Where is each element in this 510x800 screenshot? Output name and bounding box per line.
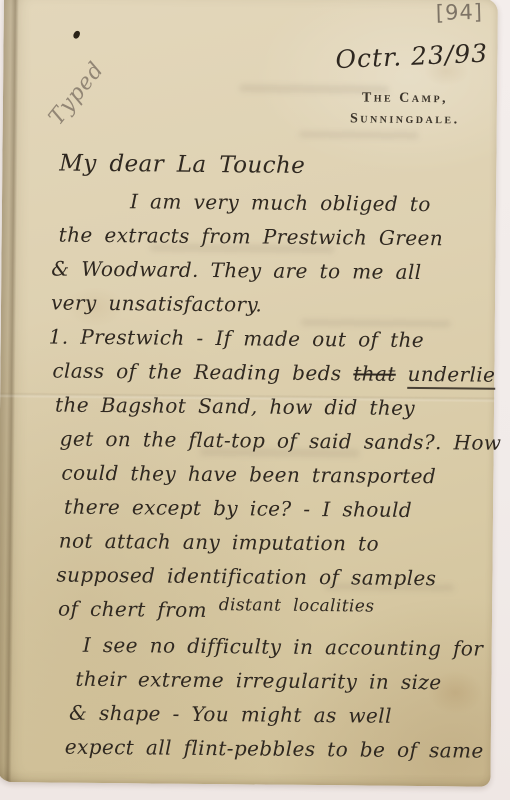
typed-annotation: Typed [44, 29, 132, 131]
manuscript-line: of chert from distant localities [58, 592, 484, 632]
manuscript-line: supposed identification of samples [56, 558, 484, 596]
salutation: My dear La Touche [59, 147, 488, 188]
manuscript-line: & shape - You might as well [69, 696, 483, 734]
ink-blot [72, 30, 80, 39]
letter-paper: Typed [94] Octr. 23/93 The Camp, Sunning… [0, 0, 498, 787]
show-through-smudge [299, 131, 419, 139]
manuscript-line: 1. Prestwich - If made out of the [49, 319, 487, 357]
letterhead-address-line2: Sunningdale. [325, 108, 485, 131]
letterhead-address-line1: The Camp, [325, 87, 485, 110]
manuscript-line: the Bagshot Sand, how did they [55, 388, 486, 426]
letter-body: My dear La Touche I am very much obliged… [37, 146, 489, 767]
scanned-letter-document: Typed [94] Octr. 23/93 The Camp, Sunning… [0, 0, 510, 800]
letter-lines: I am very much obliged tothe extracts fr… [37, 183, 489, 767]
manuscript-line: expect all flint-pebbles to be of same [65, 730, 483, 768]
manuscript-line: class of the Reading beds that underlie [52, 353, 486, 391]
manuscript-line: & Woodward. They are to me all [51, 251, 487, 289]
manuscript-line: could they have been transported [61, 456, 485, 494]
manuscript-line: very unsatisfactory. [51, 285, 487, 323]
archival-page-number: [94] [436, 0, 484, 25]
manuscript-line: there except by ice? - I should [64, 490, 485, 528]
manuscript-line: get on the flat-top of said sands?. How [60, 422, 486, 460]
manuscript-line: the extracts from Prestwich Green [59, 218, 488, 256]
manuscript-line: I see no difficulty in accounting for [83, 628, 484, 666]
page-gutter-edge [3, 0, 19, 782]
manuscript-line: I am very much obliged to [130, 184, 488, 221]
manuscript-line: not attach any imputation to [59, 524, 485, 562]
manuscript-line: their extreme irregularity in size [75, 662, 483, 700]
letterhead: The Camp, Sunningdale. [325, 87, 485, 131]
